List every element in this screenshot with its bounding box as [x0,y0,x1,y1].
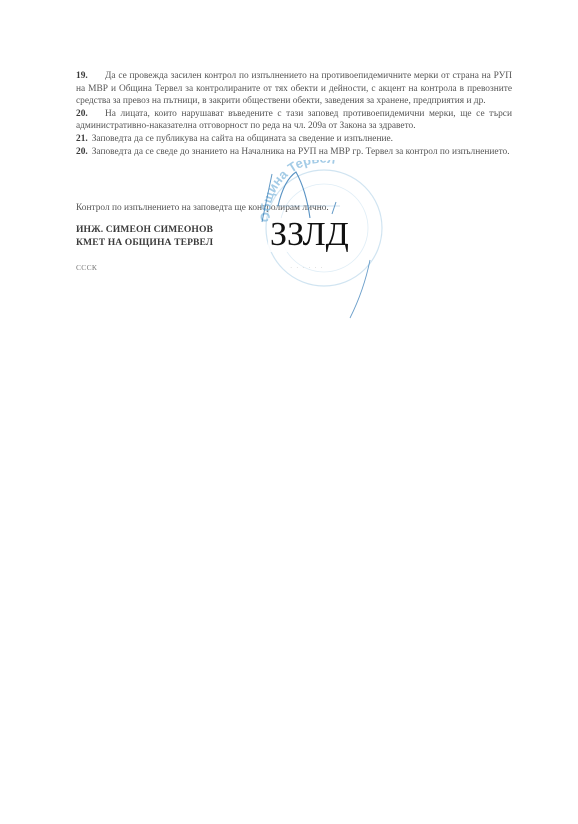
cc-initials: СССК [76,263,97,272]
paragraph-text: На лицата, които нарушават въведените с … [76,109,512,132]
paragraph-number: 20. [76,108,105,121]
paragraph-text: Заповедта да се публикува на сайта на об… [92,134,393,144]
order-body: 19.Да се провежда засилен контрол по изп… [76,70,512,158]
paragraph-number: 19. [76,70,105,83]
signature-block: ИНЖ. СИМЕОН СИМЕОНОВ КМЕТ НА ОБЩИНА ТЕРВ… [76,224,213,249]
redaction-mark: ЗЗЛД [268,218,351,252]
paragraph-20-second: 20.Заповедта да се сведе до знанието на … [76,146,512,159]
paragraph-number: 20. [76,146,88,159]
control-statement: Контрол по изпълнението на заповедта ще … [76,203,329,213]
paragraph-20: 20.На лицата, които нарушават въведените… [76,108,512,133]
paragraph-19: 19.Да се провежда засилен контрол по изп… [76,70,512,108]
signatory-title: КМЕТ НА ОБЩИНА ТЕРВЕЛ [76,237,213,250]
signatory-name: ИНЖ. СИМЕОН СИМЕОНОВ [76,224,213,237]
paragraph-21: 21.Заповедта да се публикува на сайта на… [76,133,512,146]
paragraph-number: 21. [76,133,88,146]
paragraph-text: Заповедта да се сведе до знанието на Нач… [92,147,510,157]
paragraph-text: Да се провежда засилен контрол по изпълн… [76,71,512,106]
faded-stamp-date: · · · · · · [290,264,324,272]
document-page: 19.Да се провежда засилен контрол по изп… [0,0,578,824]
